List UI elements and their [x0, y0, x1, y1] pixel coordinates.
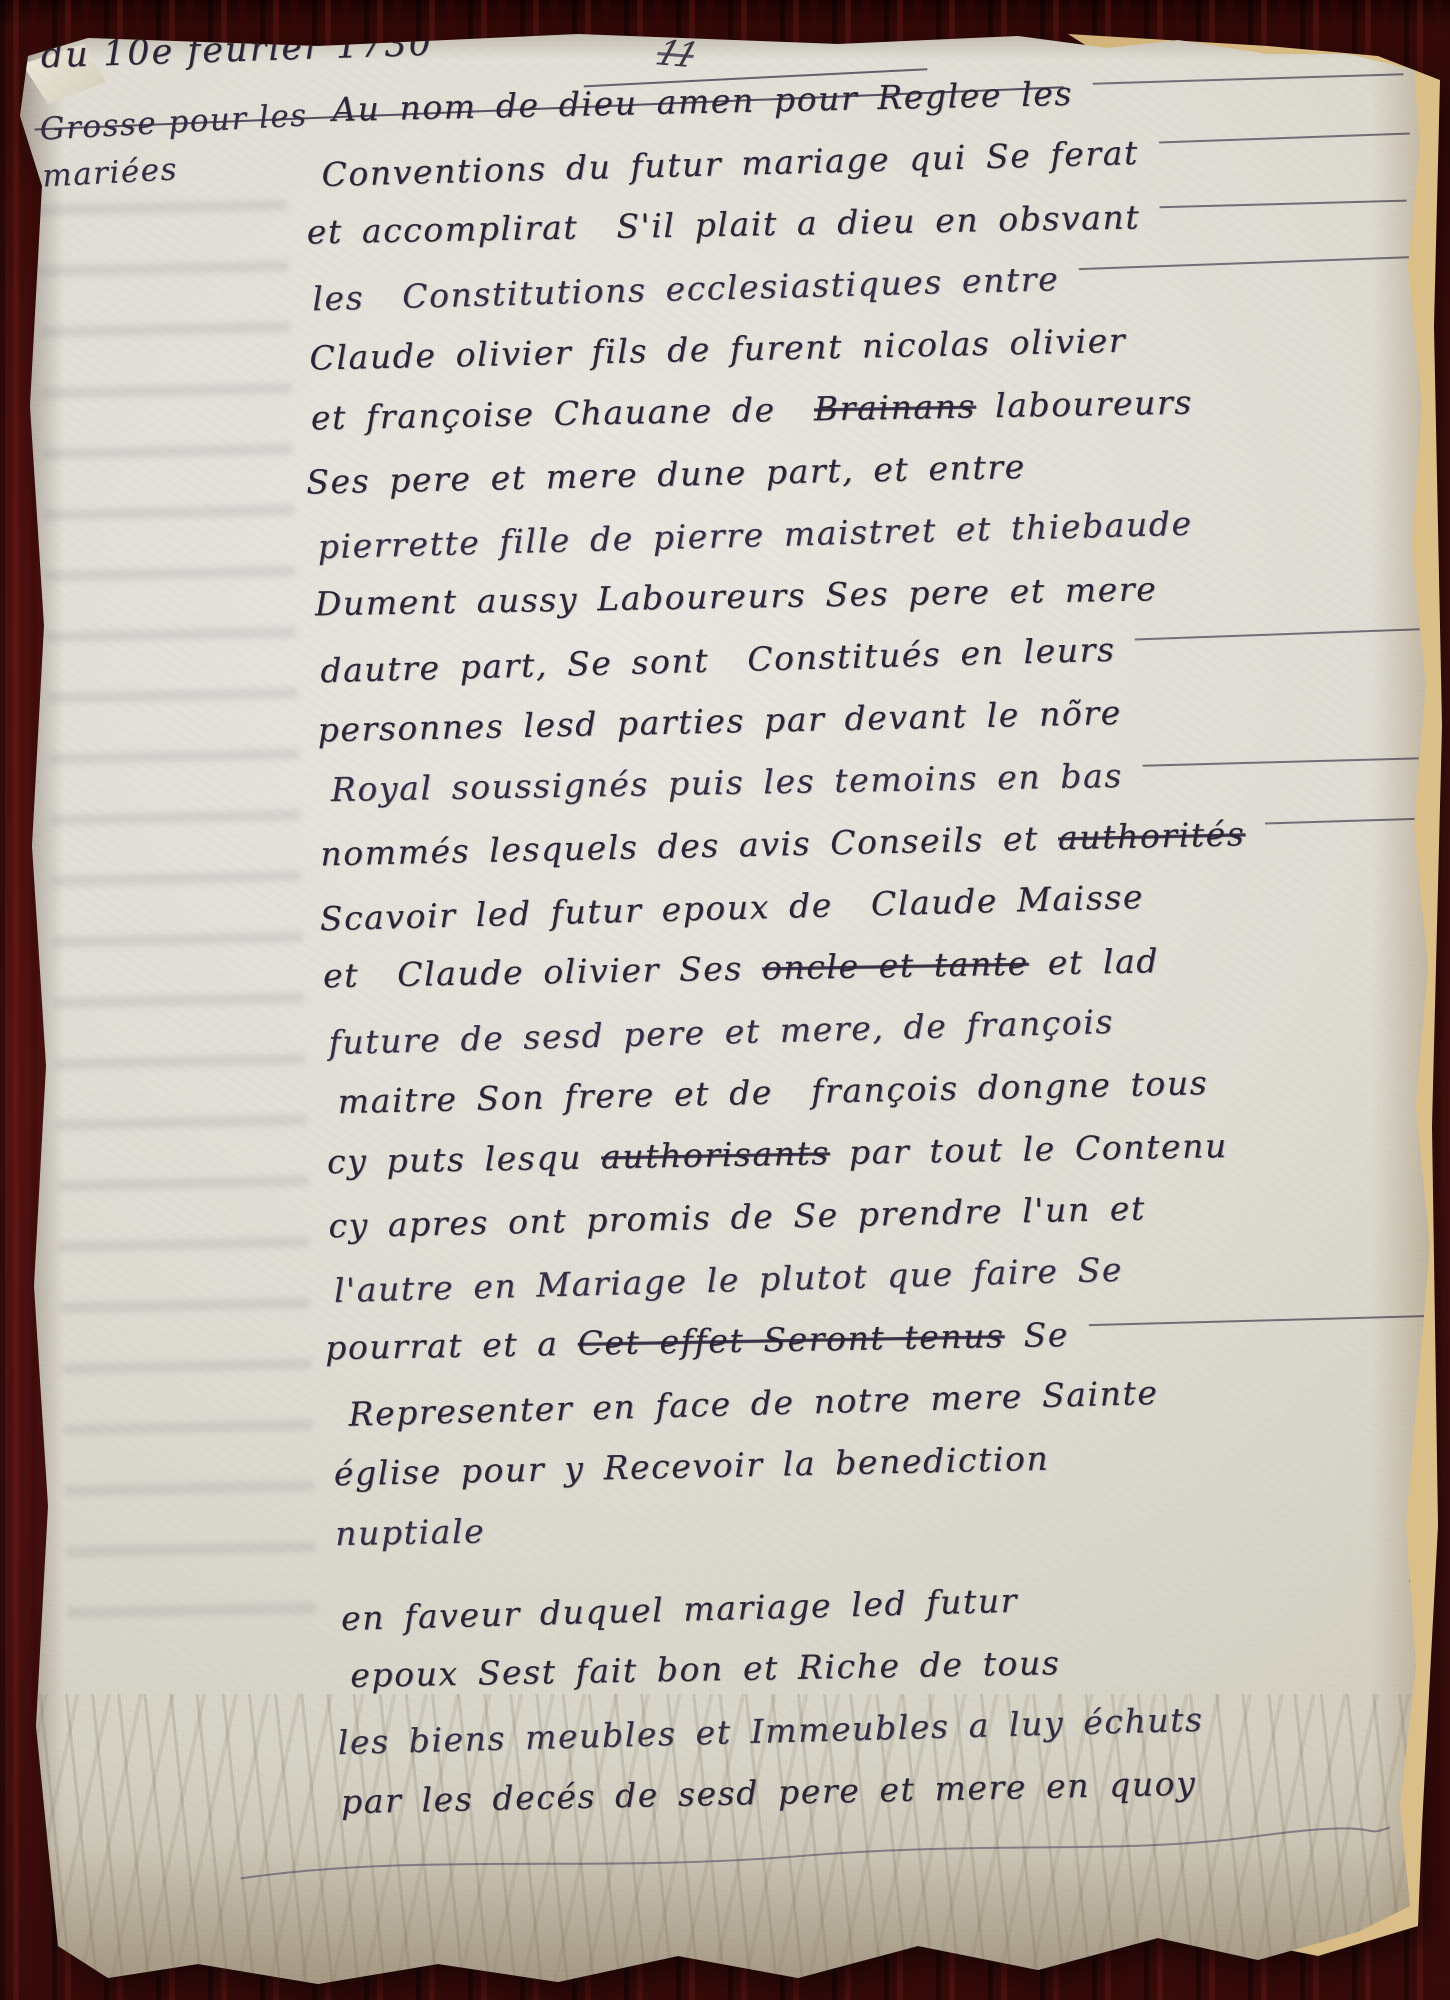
handwritten-text: cy apres ont promis de Se prendre l'un e… [328, 1188, 1146, 1245]
handwritten-text: nommés lesquels des avis Conseils et [320, 818, 1058, 873]
handwritten-text: église pour y Recevoir la benediction [333, 1438, 1049, 1493]
paper-sheet: du 10e feurier 1730 11 Grosse pour les m… [18, 26, 1442, 1994]
handwritten-text: Ses pere et mere dune part, et entre [306, 446, 1026, 501]
handwritten-text: Royal soussignés puis les temoins en bas [331, 755, 1124, 808]
handwritten-text: Representer en face de notre mere Sainte [348, 1372, 1159, 1433]
line-end-filler-stroke [1143, 757, 1419, 766]
handwritten-text: Conventions du futur mariage qui Se fera… [321, 132, 1139, 193]
handwritten-text: les Constitutions ecclesiastiques entre [312, 259, 1060, 318]
handwritten-text: pierrette fille de pierre maistret et th… [317, 503, 1193, 566]
date-heading: du 10e feurier 1730 [40, 24, 433, 77]
handwritten-text: par tout le Contenu [830, 1126, 1229, 1172]
handwritten-text: et accomplirat S'il plait a dieu en obsv… [306, 197, 1140, 251]
line-end-filler-stroke [1265, 818, 1420, 825]
handwritten-text: et Claude olivier Ses [323, 948, 763, 995]
handwritten-text: maitre Son frere et de françois dongne t… [337, 1063, 1208, 1121]
line-end-filler-stroke [1160, 200, 1406, 209]
line-end-filler-stroke [1135, 628, 1420, 640]
handwritten-text: les biens meubles et Immeubles a luy éch… [337, 1699, 1204, 1761]
struck-text: authorités [1058, 814, 1246, 857]
handwritten-text: dautre part, Se sont Constitués en leurs [320, 629, 1116, 689]
handwritten-text: Claude olivier fils de furent nicolas ol… [309, 320, 1126, 377]
handwritten-text: Scavoir led futur epoux de Claude Maisse [319, 877, 1144, 938]
line-end-filler-stroke [1093, 73, 1404, 84]
wood-table-background: du 10e feurier 1730 11 Grosse pour les m… [0, 0, 1450, 2000]
body-text: Au nom de dieu amen pour Reglee lesConve… [303, 55, 1445, 1833]
handwritten-text: en faveur duquel mariage led futur [341, 1580, 1019, 1637]
handwritten-text: l'autre en Mariage le plutot que faire S… [333, 1249, 1123, 1309]
handwritten-text: future de sesd pere et mere, de françois [328, 1001, 1114, 1061]
struck-text: authorisants [601, 1133, 831, 1176]
handwritten-text: nuptiale [335, 1511, 486, 1553]
handwritten-text: et lad [1028, 941, 1159, 982]
handwritten-text: pourrat et a [325, 1323, 578, 1367]
handwritten-text: personnes lesd parties par devant le nõr… [317, 692, 1122, 749]
struck-text: Brainans [814, 386, 977, 428]
handwritten-text: laboureurs [976, 382, 1194, 425]
handwritten-text: par les decés de sesd pere et mere en qu… [341, 1763, 1197, 1821]
line-end-filler-stroke [1158, 133, 1408, 144]
photo-of-manuscript: { "document": { "kind": "handwritten man… [0, 0, 1450, 2000]
struck-text: oncle et tante [762, 943, 1030, 987]
handwriting-layer: du 10e feurier 1730 11 Grosse pour les m… [16, 0, 1450, 1994]
line-end-filler-stroke [1089, 1315, 1431, 1326]
handwritten-text: epoux Sest fait bon et Riche de tous [350, 1643, 1061, 1695]
handwritten-text: Dument aussy Laboureurs Ses pere et mere [315, 569, 1158, 623]
margin-note: Grosse pour les mariées [39, 92, 312, 200]
handwritten-text: Se [1004, 1314, 1069, 1354]
handwritten-text: et françoise Chauane de [311, 389, 815, 437]
line-end-filler-stroke [1079, 256, 1412, 270]
manuscript-sheet: du 10e feurier 1730 11 Grosse pour les m… [18, 26, 1442, 1994]
struck-text: Cet effet Seront tenus [577, 1316, 1005, 1363]
handwritten-text: Au nom de dieu amen pour Reglee les [332, 73, 1074, 128]
handwritten-text: cy puts lesqu [327, 1137, 602, 1181]
